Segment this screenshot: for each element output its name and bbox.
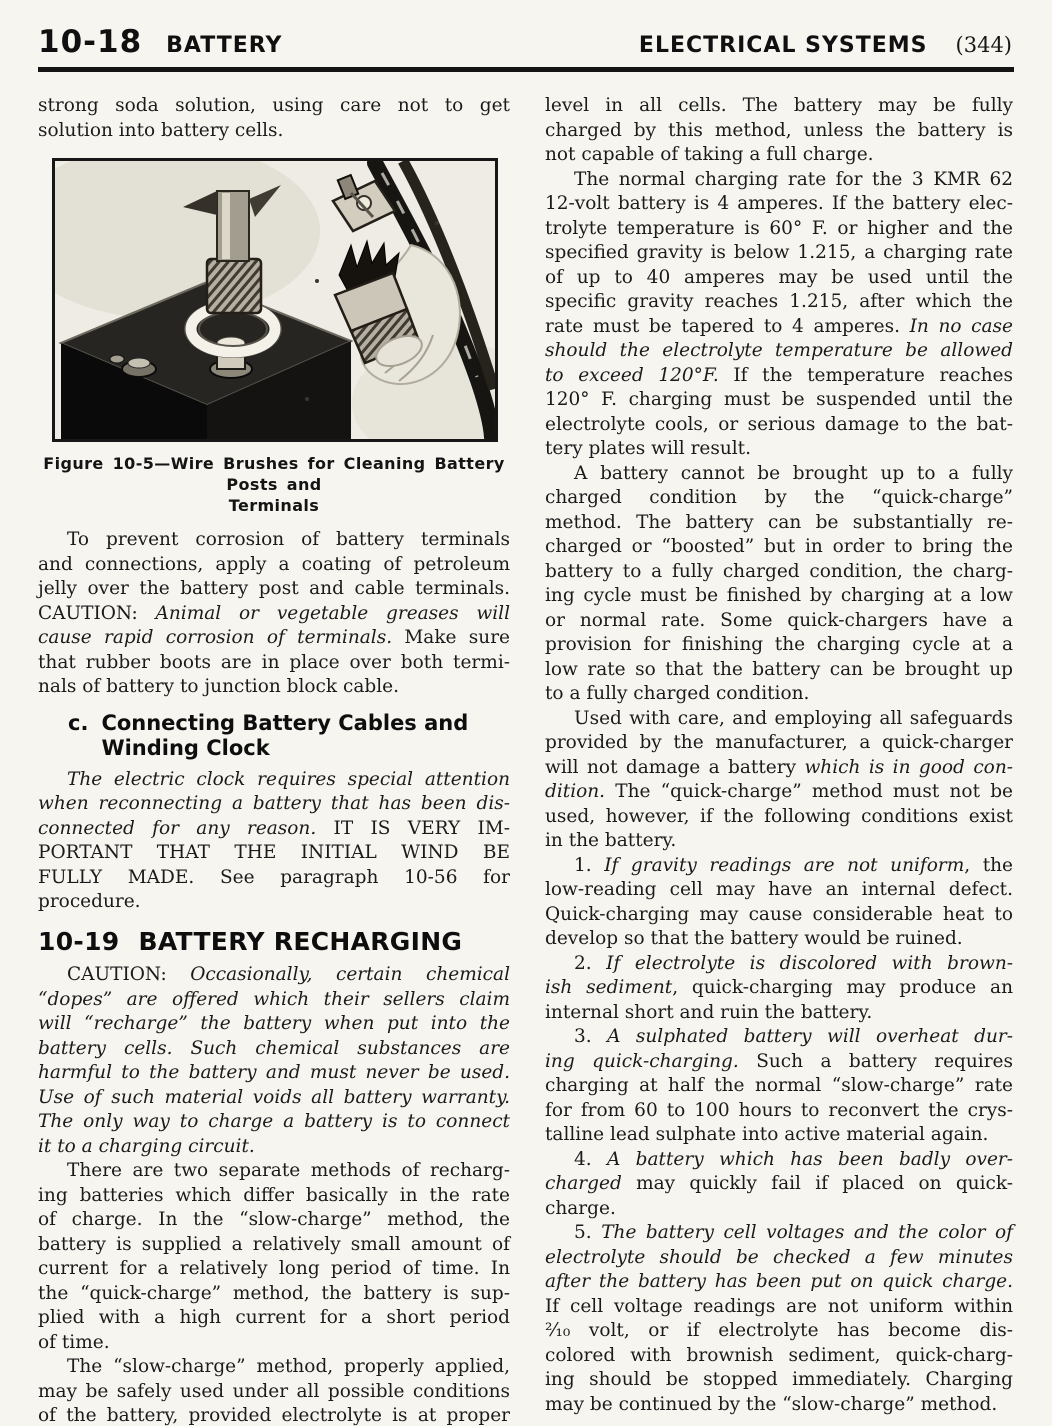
subsection-heading-line: Connecting Battery Cables and: [101, 711, 468, 736]
text-line: internal short and ruin the battery.: [545, 1001, 1013, 1026]
text-line: level in all cells. The battery may be f…: [545, 94, 1013, 119]
paragraph: 5. The battery cell voltages and the col…: [545, 1221, 1013, 1417]
text-segment: 5.: [574, 1222, 601, 1243]
text-segment: or normal rate. Some quick-chargers have…: [545, 610, 1013, 631]
text-line: ing cycle must be finished by charging a…: [545, 584, 1013, 609]
text-segment: level in all cells. The battery may be f…: [545, 95, 1013, 116]
text-line: in the battery.: [545, 829, 1013, 854]
text-line: rate must be tapered to 4 amperes. In no…: [545, 315, 1013, 340]
text-segment: of time.: [38, 1332, 110, 1353]
text-line: specific gravity reaches 1.215, after wh…: [545, 290, 1013, 315]
text-line: specified gravity is below 1.215, a char…: [545, 241, 1013, 266]
text-segment: rate must be tapered to 4 amperes.: [545, 316, 910, 337]
text-line: ing batteries which differ basically in …: [38, 1184, 510, 1209]
section-title: BATTERY: [166, 33, 282, 58]
text-line: FULLY MADE. See paragraph 10-56 for: [38, 866, 510, 891]
text-line: or normal rate. Some quick-chargers have…: [545, 609, 1013, 634]
left-column: strong soda solution, using care not to …: [38, 94, 510, 1426]
text-segment: If the temperature reaches: [719, 365, 1013, 386]
paragraph: A battery cannot be brought up to a full…: [545, 462, 1013, 707]
text-segment: To prevent corrosion of battery terminal…: [67, 529, 510, 550]
italic-text-segment: If gravity readings are not uniform: [604, 855, 964, 876]
text-segment: Used with care, and employing all safegu…: [574, 708, 1013, 729]
text-segment: of charge. In the “slow-charge” method, …: [38, 1209, 510, 1230]
text-line: 120° F. charging must be suspended until…: [545, 388, 1013, 413]
text-segment: for from 60 to 100 hours to reconvert th…: [545, 1100, 1013, 1121]
text-line: Quick-charging may cause considerable he…: [545, 903, 1013, 928]
text-segment: charged by this method, unless the batte…: [545, 120, 1013, 141]
text-line: will not damage a battery which is in go…: [545, 756, 1013, 781]
battery-brush-photo-illustration: [55, 161, 495, 439]
text-segment: trolyte temperature is 60° F. or higher …: [545, 218, 1013, 239]
text-line: plied with a high current for a short pe…: [38, 1306, 510, 1331]
text-line: used, however, if the following conditio…: [545, 805, 1013, 830]
text-line: solution into battery cells.: [38, 119, 510, 144]
italic-text-segment: will “recharge” the battery when put int…: [38, 1013, 510, 1034]
text-segment: strong soda solution, using care not to …: [38, 95, 510, 116]
text-line: 3. A sulphated battery will overheat dur…: [545, 1025, 1013, 1050]
text-line: jelly over the battery post and cable te…: [38, 577, 510, 602]
text-line: The only way to charge a battery is to c…: [38, 1110, 510, 1135]
text-segment: electrolyte cools, or serious damage to …: [545, 414, 1013, 435]
text-segment: develop so that the battery would be rui…: [545, 928, 963, 949]
text-segment: Make sure: [392, 627, 510, 648]
text-segment: charging at half the normal “slow-charge…: [545, 1075, 1013, 1096]
paragraph: Used with care, and employing all safegu…: [545, 707, 1013, 854]
text-line: low-reading cell may have an internal de…: [545, 878, 1013, 903]
italic-text-segment: cause rapid corrosion of terminals.: [38, 627, 392, 648]
text-line: A battery cannot be brought up to a full…: [545, 462, 1013, 487]
paragraph: There are two separate methods of rechar…: [38, 1159, 510, 1355]
text-segment: not capable of taking a full charge.: [545, 144, 874, 165]
text-line: colored with brownish sediment, quick-ch…: [545, 1344, 1013, 1369]
italic-text-segment: should the electrolyte temperature be al…: [545, 340, 1013, 361]
text-line: There are two separate methods of rechar…: [38, 1159, 510, 1184]
text-line: the “quick-charge” method, the battery i…: [38, 1282, 510, 1307]
text-line: develop so that the battery would be rui…: [545, 927, 1013, 952]
text-line: The electric clock requires special atte…: [38, 768, 510, 793]
text-segment: charged or “boosted” but in order to bri…: [545, 536, 1013, 557]
text-segment: that rubber boots are in place over both…: [38, 652, 510, 673]
text-line: “dopes” are offered which their sellers …: [38, 988, 510, 1013]
text-line: The “slow-charge” method, properly appli…: [38, 1355, 510, 1380]
text-line: to exceed 120°F. If the temperature reac…: [545, 364, 1013, 389]
text-segment: CAUTION:: [67, 964, 190, 985]
text-segment: , quick-charging may produce an: [672, 977, 1013, 998]
text-line: 5. The battery cell voltages and the col…: [545, 1221, 1013, 1246]
text-line: The normal charging rate for the 3 KMR 6…: [545, 168, 1013, 193]
text-segment: , the: [964, 855, 1013, 876]
paragraph: 3. A sulphated battery will overheat dur…: [545, 1025, 1013, 1148]
text-line: tery plates will result.: [545, 437, 1013, 462]
text-line: 2. If electrolyte is discolored with bro…: [545, 952, 1013, 977]
text-line: charged by this method, unless the batte…: [545, 119, 1013, 144]
text-line: provided by the manufacturer, a quick-ch…: [545, 731, 1013, 756]
text-segment: 120° F. charging must be suspended until…: [545, 389, 1013, 410]
text-segment: internal short and ruin the battery.: [545, 1002, 872, 1023]
text-segment: specified gravity is below 1.215, a char…: [545, 242, 1013, 263]
text-line: charged may quickly fail if placed on qu…: [545, 1172, 1013, 1197]
section-heading-number: 10-19: [38, 927, 119, 956]
italic-text-segment: ing quick-charging.: [545, 1051, 739, 1072]
text-line: dition. The “quick-charge” method must n…: [545, 780, 1013, 805]
text-segment: specific gravity reaches 1.215, after wh…: [545, 291, 1013, 312]
text-line: low rate so that the battery can be brou…: [545, 658, 1013, 683]
text-line: strong soda solution, using care not to …: [38, 94, 510, 119]
text-segment: FULLY MADE. See paragraph 10-56 for: [38, 867, 510, 888]
text-line: should the electrolyte temperature be al…: [545, 339, 1013, 364]
text-line: electrolyte cools, or serious damage to …: [545, 413, 1013, 438]
text-segment: The “slow-charge” method, properly appli…: [67, 1356, 510, 1377]
paragraph: 1. If gravity readings are not uniform, …: [545, 854, 1013, 952]
text-segment: 3.: [574, 1026, 607, 1047]
text-line: may be safely used under all possible co…: [38, 1380, 510, 1405]
text-line: current for a relatively long period of …: [38, 1257, 510, 1282]
text-line: not capable of taking a full charge.: [545, 143, 1013, 168]
text-line: of charge. In the “slow-charge” method, …: [38, 1208, 510, 1233]
text-line: cause rapid corrosion of terminals. Make…: [38, 626, 510, 651]
paragraph: The electric clock requires special atte…: [38, 768, 510, 915]
paragraph: The normal charging rate for the 3 KMR 6…: [545, 168, 1013, 462]
text-line: after the battery has been put on quick …: [545, 1270, 1013, 1295]
figure-caption-line: Figure 10-5—Wire Brushes for Cleaning Ba…: [38, 453, 510, 495]
italic-text-segment: A battery which has been badly over-: [607, 1149, 1013, 1170]
paragraph: To prevent corrosion of battery terminal…: [38, 528, 510, 700]
text-line: PORTANT THAT THE INITIAL WIND BE: [38, 841, 510, 866]
text-line: connected for any reason. IT IS VERY IM-: [38, 817, 510, 842]
text-line: talline lead sulphate into active materi…: [545, 1123, 1013, 1148]
italic-text-segment: when reconnecting a battery that has bee…: [38, 793, 510, 814]
italic-text-segment: “dopes” are offered which their sellers …: [38, 989, 510, 1010]
text-line: CAUTION: Animal or vegetable greases wil…: [38, 602, 510, 627]
text-line: will “recharge” the battery when put int…: [38, 1012, 510, 1037]
text-segment: ²⁄₁₀ volt, or if electrolyte has become …: [545, 1320, 1013, 1341]
italic-text-segment: In no case: [910, 316, 1013, 337]
text-segment: colored with brownish sediment, quick-ch…: [545, 1345, 1013, 1366]
text-line: electrolyte should be checked a few minu…: [545, 1246, 1013, 1271]
italic-text-segment: Use of such material voids all battery w…: [38, 1087, 510, 1108]
text-line: battery to a fully charged condition, th…: [545, 560, 1013, 585]
text-segment: 12-volt battery is 4 amperes. If the bat…: [545, 193, 1013, 214]
text-segment: solution into battery cells.: [38, 120, 283, 141]
italic-text-segment: charged: [545, 1173, 622, 1194]
text-segment: may be safely used under all possible co…: [38, 1381, 510, 1402]
running-title: ELECTRICAL SYSTEMS: [639, 33, 928, 58]
running-header: 10-18 BATTERY ELECTRICAL SYSTEMS (344): [38, 14, 1014, 60]
text-segment: to a fully charged condition.: [545, 683, 809, 704]
section-heading: 10-19BATTERY RECHARGING: [38, 930, 510, 955]
text-line: harmful to the battery and must never be…: [38, 1061, 510, 1086]
text-segment: in the battery.: [545, 830, 676, 851]
figure-caption-line: Terminals: [38, 495, 510, 516]
text-line: method. The battery can be substantially…: [545, 511, 1013, 536]
text-line: charged condition by the “quick-charge”: [545, 486, 1013, 511]
right-column: level in all cells. The battery may be f…: [545, 94, 1013, 1426]
text-line: battery cells. Such chemical substances …: [38, 1037, 510, 1062]
paragraph: CAUTION: Occasionally, certain chemical“…: [38, 963, 510, 1159]
italic-text-segment: If electrolyte is discolored with brown-: [606, 953, 1013, 974]
text-segment: 1.: [574, 855, 604, 876]
subsection-heading-lines: Connecting Battery Cables andWinding Clo…: [101, 711, 468, 761]
text-segment: low rate so that the battery can be brou…: [545, 659, 1013, 680]
text-segment: will not damage a battery: [545, 757, 804, 778]
text-line: CAUTION: Occasionally, certain chemical: [38, 963, 510, 988]
text-segment: battery to a fully charged condition, th…: [545, 561, 1013, 582]
italic-text-segment: The electric clock requires special atte…: [67, 769, 510, 790]
text-segment: plied with a high current for a short pe…: [38, 1307, 510, 1328]
text-segment: A battery cannot be brought up to a full…: [574, 463, 1013, 484]
text-line: charge.: [545, 1197, 1013, 1222]
italic-text-segment: The only way to charge a battery is to c…: [38, 1111, 510, 1132]
manual-page: 10-18 BATTERY ELECTRICAL SYSTEMS (344) s…: [0, 0, 1052, 1426]
text-segment: provision for finishing the charging cyc…: [545, 634, 1013, 655]
text-line: to a fully charged condition.: [545, 682, 1013, 707]
text-line: Use of such material voids all battery w…: [38, 1086, 510, 1111]
text-segment: of the battery, provided electrolyte is …: [38, 1405, 510, 1426]
text-segment: jelly over the battery post and cable te…: [38, 578, 510, 599]
text-segment: CAUTION:: [38, 603, 156, 624]
text-columns: strong soda solution, using care not to …: [38, 94, 1014, 1426]
paragraph: level in all cells. The battery may be f…: [545, 94, 1013, 168]
text-segment: PORTANT THAT THE INITIAL WIND BE: [38, 842, 510, 863]
paragraph: strong soda solution, using care not to …: [38, 94, 510, 143]
figure-10-5: Figure 10-5—Wire Brushes for Cleaning Ba…: [38, 158, 510, 516]
text-segment: current for a relatively long period of …: [38, 1258, 510, 1279]
italic-text-segment: it to a charging circuit.: [38, 1136, 255, 1157]
text-line: trolyte temperature is 60° F. or higher …: [545, 217, 1013, 242]
text-line: of time.: [38, 1331, 510, 1356]
text-line: when reconnecting a battery that has bee…: [38, 792, 510, 817]
text-line: charging at half the normal “slow-charge…: [545, 1074, 1013, 1099]
text-line: 4. A battery which has been badly over-: [545, 1148, 1013, 1173]
text-segment: IT IS VERY IM-: [316, 818, 510, 839]
text-line: ing should be stopped immediately. Charg…: [545, 1368, 1013, 1393]
italic-text-segment: after the battery has been put on quick …: [545, 1271, 1013, 1292]
text-segment: 4.: [574, 1149, 607, 1170]
text-segment: of up to 40 amperes may be used until th…: [545, 267, 1013, 288]
text-line: ²⁄₁₀ volt, or if electrolyte has become …: [545, 1319, 1013, 1344]
text-line: and connections, apply a coating of petr…: [38, 553, 510, 578]
italic-text-segment: connected for any reason.: [38, 818, 316, 839]
text-line: battery is supplied a relatively small a…: [38, 1233, 510, 1258]
text-segment: Quick-charging may cause considerable he…: [545, 904, 1013, 925]
italic-text-segment: ish sediment: [545, 977, 672, 998]
header-left: 10-18 BATTERY: [38, 24, 282, 60]
paragraph: 4. A battery which has been badly over-c…: [545, 1148, 1013, 1222]
text-segment: provided by the manufacturer, a quick-ch…: [545, 732, 1013, 753]
italic-text-segment: dition.: [545, 781, 605, 802]
text-segment: tery plates will result.: [545, 438, 751, 459]
text-segment: ing should be stopped immediately. Charg…: [545, 1369, 1013, 1390]
italic-text-segment: battery cells. Such chemical substances …: [38, 1038, 510, 1059]
text-line: nals of battery to junction block cable.: [38, 675, 510, 700]
text-line: may be continued by the “slow-charge” me…: [545, 1393, 1013, 1418]
header-divider: [38, 67, 1014, 72]
text-line: To prevent corrosion of battery terminal…: [38, 528, 510, 553]
text-segment: battery is supplied a relatively small a…: [38, 1234, 510, 1255]
paragraph: The “slow-charge” method, properly appli…: [38, 1355, 510, 1426]
text-segment: charged condition by the “quick-charge”: [545, 487, 1013, 508]
text-segment: 2.: [574, 953, 606, 974]
text-segment: The “quick-charge” method must not be: [605, 781, 1013, 802]
italic-text-segment: harmful to the battery and must never be…: [38, 1062, 510, 1083]
text-line: for from 60 to 100 hours to reconvert th…: [545, 1099, 1013, 1124]
text-segment: ing cycle must be finished by charging a…: [545, 585, 1013, 606]
text-segment: may be continued by the “slow-charge” me…: [545, 1394, 997, 1415]
subsection-heading-line: Winding Clock: [101, 736, 468, 761]
section-number: 10-18: [38, 24, 142, 60]
figure-10-5-photo: [52, 158, 498, 442]
text-segment: nals of battery to junction block cable.: [38, 676, 399, 697]
italic-text-segment: electrolyte should be checked a few minu…: [545, 1247, 1013, 1268]
text-segment: the “quick-charge” method, the battery i…: [38, 1283, 510, 1304]
text-line: of the battery, provided electrolyte is …: [38, 1404, 510, 1426]
text-segment: charge.: [545, 1198, 616, 1219]
text-line: provision for finishing the charging cyc…: [545, 633, 1013, 658]
paragraph: 2. If electrolyte is discolored with bro…: [545, 952, 1013, 1026]
italic-text-segment: A sulphated battery will overheat dur-: [607, 1026, 1013, 1047]
text-segment: may quickly fail if placed on quick-: [622, 1173, 1013, 1194]
text-line: ish sediment, quick-charging may produce…: [545, 976, 1013, 1001]
text-segment: and connections, apply a coating of petr…: [38, 554, 510, 575]
text-line: If cell voltage readings are not uniform…: [545, 1295, 1013, 1320]
text-line: 1. If gravity readings are not uniform, …: [545, 854, 1013, 879]
text-segment: If cell voltage readings are not uniform…: [545, 1296, 1013, 1317]
text-segment: There are two separate methods of rechar…: [67, 1160, 510, 1181]
text-line: it to a charging circuit.: [38, 1135, 510, 1160]
section-heading-title: BATTERY RECHARGING: [138, 927, 462, 956]
italic-text-segment: to exceed 120°F.: [545, 365, 719, 386]
italic-text-segment: Occasionally, certain chemical: [190, 964, 510, 985]
text-segment: method. The battery can be substantially…: [545, 512, 1013, 533]
page-number: (344): [956, 33, 1012, 57]
italic-text-segment: The battery cell voltages and the color …: [601, 1222, 1013, 1243]
text-line: 12-volt battery is 4 amperes. If the bat…: [545, 192, 1013, 217]
text-line: Used with care, and employing all safegu…: [545, 707, 1013, 732]
text-segment: used, however, if the following conditio…: [545, 806, 1013, 827]
header-right: ELECTRICAL SYSTEMS (344): [639, 33, 1012, 58]
subsection-label: c.: [68, 711, 88, 761]
text-line: that rubber boots are in place over both…: [38, 651, 510, 676]
text-line: procedure.: [38, 890, 510, 915]
text-line: ing quick-charging. Such a battery requi…: [545, 1050, 1013, 1075]
text-segment: The normal charging rate for the 3 KMR 6…: [574, 169, 1013, 190]
text-line: of up to 40 amperes may be used until th…: [545, 266, 1013, 291]
subsection-heading: c.Connecting Battery Cables andWinding C…: [38, 711, 510, 761]
text-segment: procedure.: [38, 891, 141, 912]
italic-text-segment: which is in good con-: [804, 757, 1013, 778]
text-segment: low-reading cell may have an internal de…: [545, 879, 1013, 900]
text-line: charged or “boosted” but in order to bri…: [545, 535, 1013, 560]
figure-10-5-caption: Figure 10-5—Wire Brushes for Cleaning Ba…: [38, 453, 510, 516]
text-segment: Such a battery requires: [739, 1051, 1013, 1072]
text-segment: ing batteries which differ basically in …: [38, 1185, 510, 1206]
italic-text-segment: Animal or vegetable greases will: [156, 603, 511, 624]
text-segment: talline lead sulphate into active materi…: [545, 1124, 988, 1145]
